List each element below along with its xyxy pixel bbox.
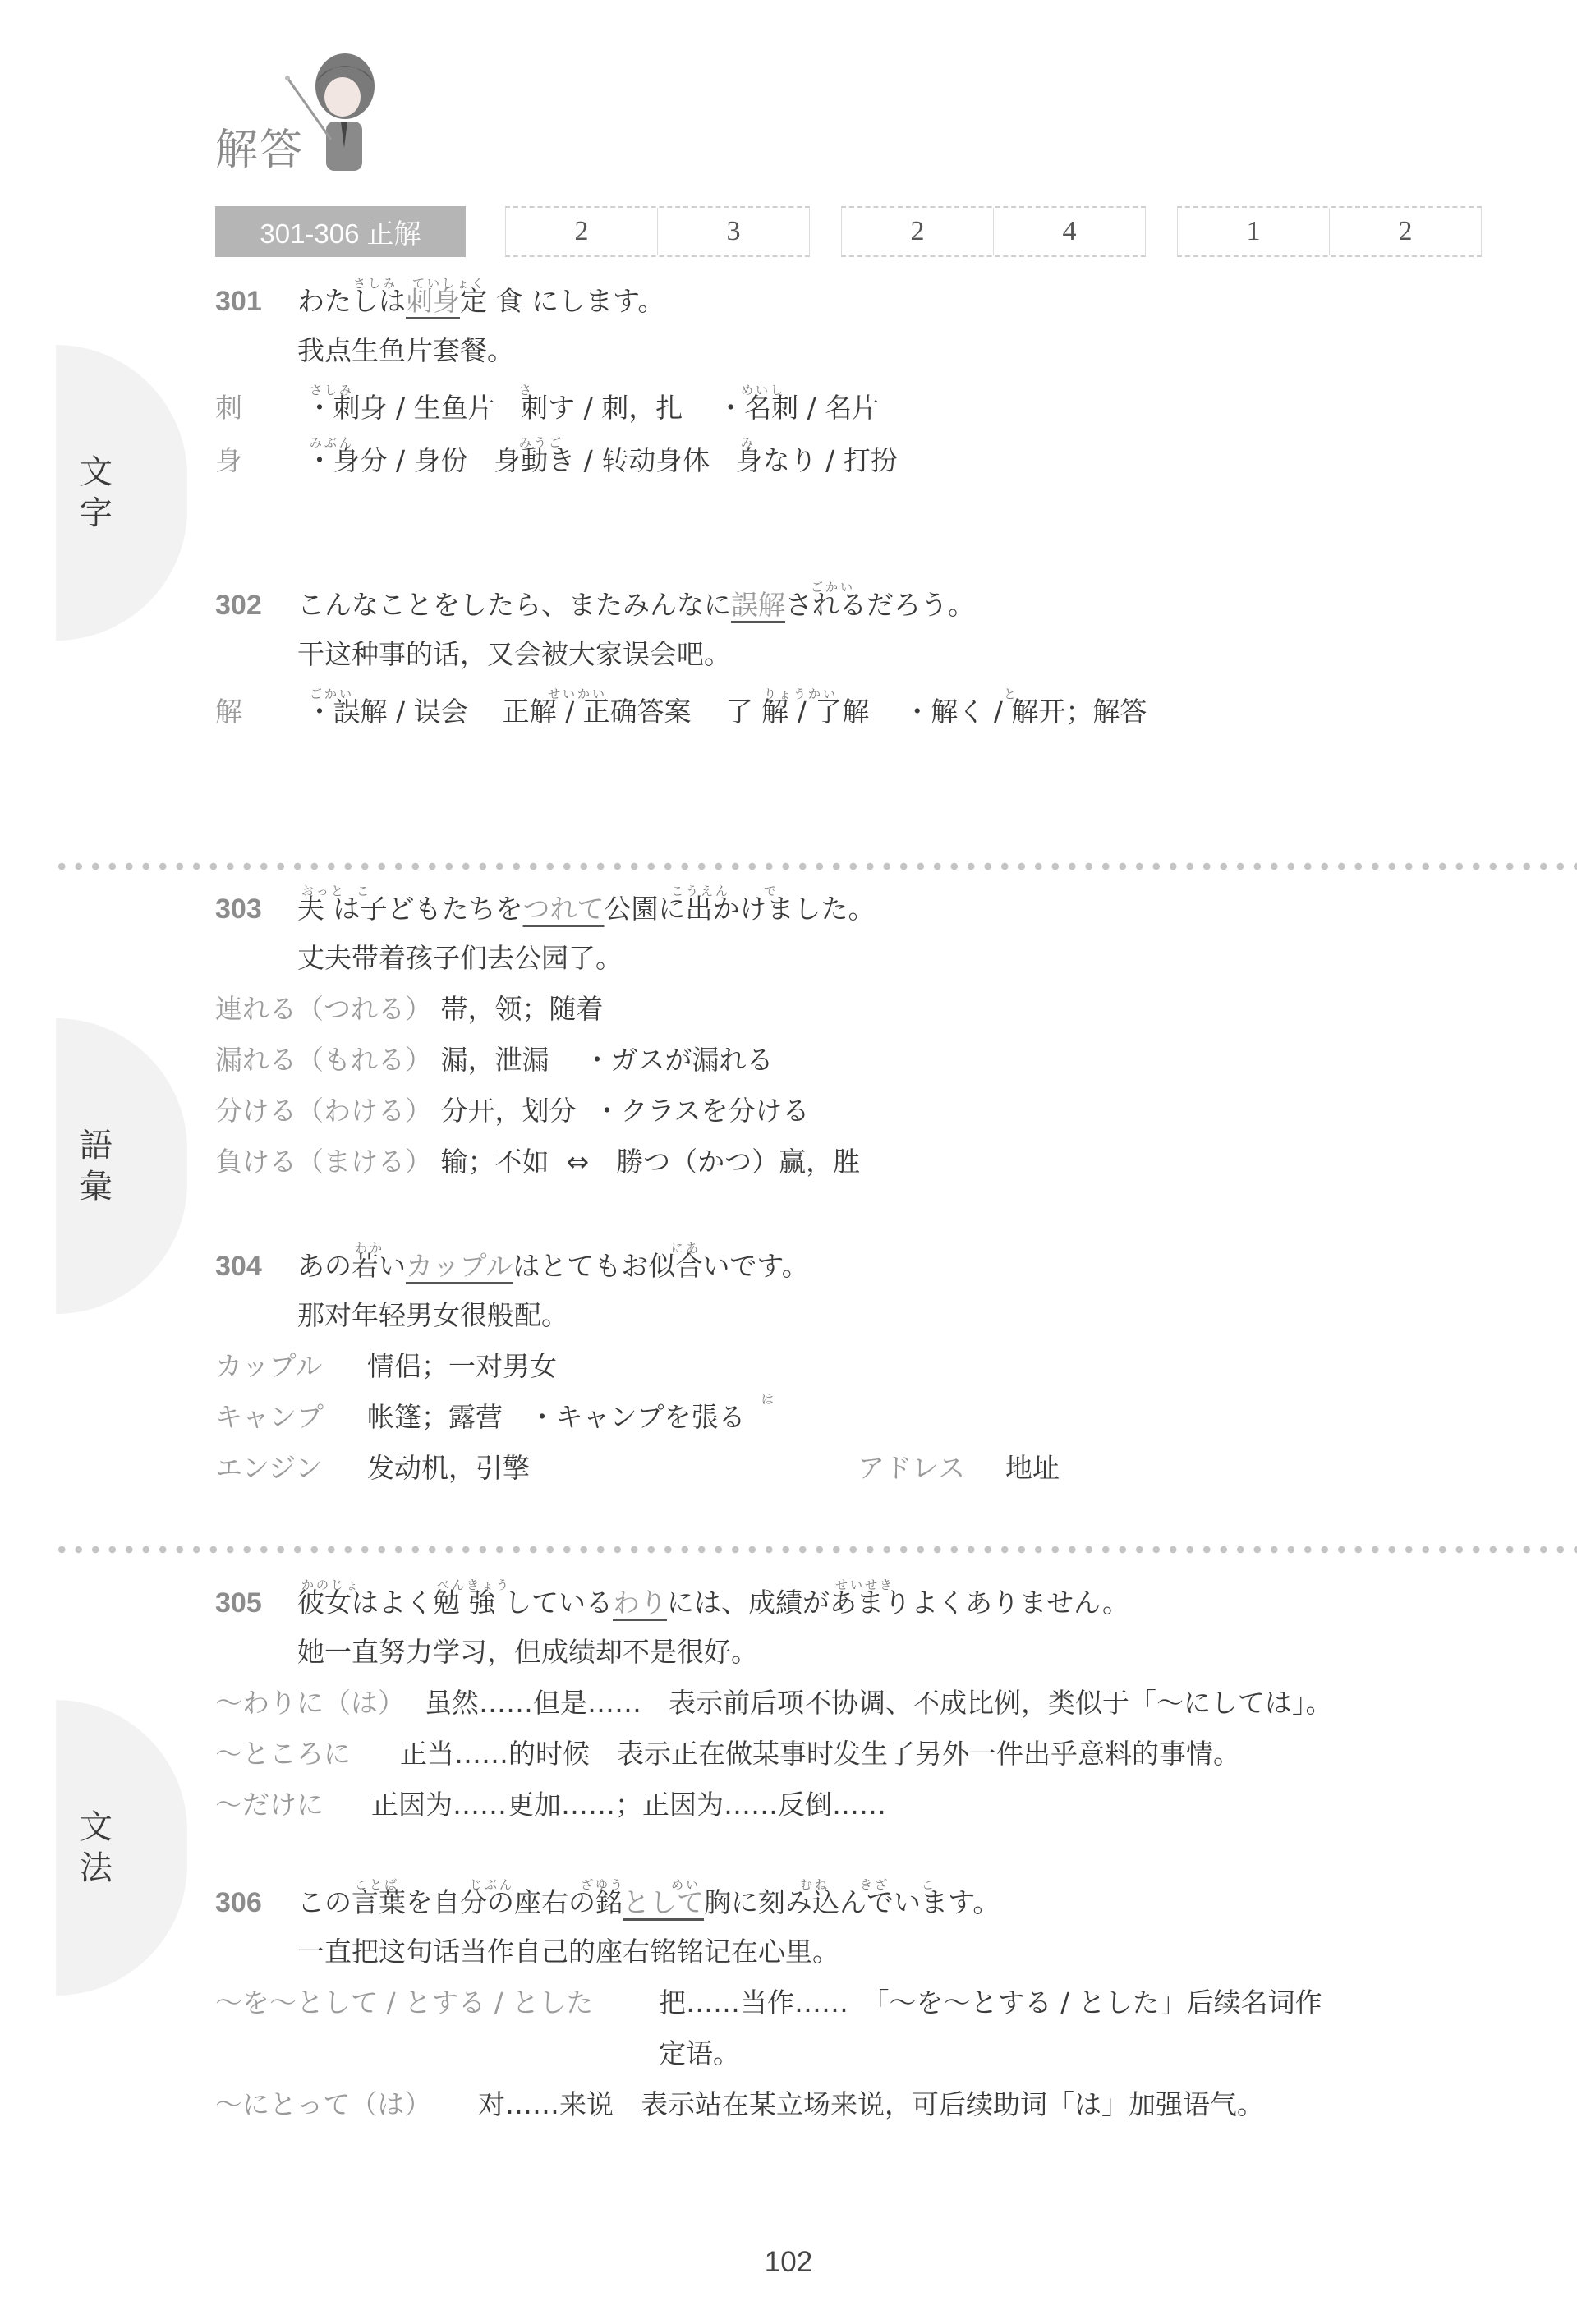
vocab-antonym: ⇔ 勝つ（かつ）赢，胜 <box>566 1146 860 1178</box>
furigana: むね <box>800 1867 830 1903</box>
furigana: かのじょ <box>301 1567 361 1603</box>
question-number: 304 <box>215 1248 297 1284</box>
question-sentence: さしみ ていしょく 301わたしは刺身定 食 にします。 <box>215 283 1495 319</box>
translation: 那对年轻男女很般配。 <box>215 1297 1495 1334</box>
sentence-post: 胸に刻み込んでいます。 <box>704 1886 1000 1918</box>
grammar-meaning-cont: 定语。 <box>659 2037 740 2069</box>
vocab-key: キャンプ <box>215 1399 367 1435</box>
furigana: さ <box>519 372 534 408</box>
furigana: ごかい <box>310 676 354 712</box>
section-tab-label: 文法 <box>76 1807 117 1889</box>
vocab-example: ・キャンプを張る <box>528 1401 745 1433</box>
question-sentence: わか にあ 304あの若いカップルはとてもお似合いです。 <box>215 1248 1495 1284</box>
furigana: さしみ <box>353 265 398 301</box>
question-sentence: かのじょ べんきょう せいせき 305彼女はよく勉 強 しているわりには、成績が… <box>215 1585 1495 1621</box>
answer-range-label: 301-306 正解 <box>215 206 466 257</box>
furigana: ざゆう <box>581 1867 625 1903</box>
answer-305: 1 <box>1178 208 1329 255</box>
translation: 干这种事的话，又会被大家误会吧。 <box>215 636 1495 673</box>
furigana: わか <box>355 1230 384 1266</box>
translation: 一直把这句话当作自己的座右铭铭记在心里。 <box>215 1934 1495 1970</box>
sentence-post: 公園に出かけました。 <box>605 893 876 925</box>
answer-302: 3 <box>657 208 809 255</box>
vocab-row: カップル情侣；一对男女 <box>215 1348 1495 1385</box>
furigana: せいせき <box>835 1567 894 1603</box>
question-number: 305 <box>215 1585 297 1621</box>
sentence-pre: この言葉を自分の座右の銘 <box>297 1886 623 1918</box>
vocab-key: 漏れる（もれる） <box>215 1042 432 1078</box>
note-item: ・解く / 解开；解答 <box>903 696 1147 728</box>
section-divider <box>53 1546 1577 1554</box>
sentence-post: には、成績があまりよくありません。 <box>667 1587 1129 1619</box>
vocab-row: エンジン发动机，引擎 アドレス地址 <box>215 1450 1495 1486</box>
target-word: 誤解 <box>731 589 785 621</box>
kanji-note-row: 身 みぶん・身分 / 身份 みうご身動き / 转动身体 み身なり / 打扮 <box>215 443 1495 479</box>
furigana: めい <box>671 1867 701 1903</box>
grammar-key: ～だけに <box>215 1787 371 1823</box>
question-301: さしみ ていしょく 301わたしは刺身定 食 にします。 我点生鱼片套餐。 刺 … <box>215 283 1495 479</box>
vocab-key: アドレス <box>857 1450 1005 1486</box>
vocab-meaning: 帐篷；露营 <box>367 1401 503 1433</box>
vocab-example: ・クラスを分ける <box>593 1095 809 1127</box>
vocab-row: 負ける（まける） 输；不如 ⇔ 勝つ（かつ）赢，胜 <box>215 1144 1495 1180</box>
question-number: 303 <box>215 891 297 927</box>
vocab-key: カップル <box>215 1348 367 1385</box>
vocab-meaning: 帯，领；随着 <box>441 993 604 1025</box>
sentence-post: はとてもお似合いです。 <box>513 1250 808 1282</box>
vocab-meaning: 分开，划分 <box>441 1095 577 1127</box>
furigana: ていしょく <box>412 265 486 301</box>
target-word: つれて <box>523 893 605 925</box>
vocab-row: 漏れる（もれる） 漏，泄漏 ・ガスが漏れる <box>215 1042 1495 1078</box>
kanji-note-row: 解 ごかい・誤解 / 误会 せいかい正解 / 正确答案 りょうかい了 解 / 了… <box>215 694 1495 730</box>
grammar-row: ～を～として / とする / とした把……当作…… 「～を～とする / とした」… <box>215 1985 1495 2021</box>
grammar-meaning: 虽然……但是…… 表示前后项不协调、不成比例，类似于「～にしては」。 <box>425 1687 1333 1719</box>
question-number: 302 <box>215 587 297 623</box>
furigana: じぶん <box>470 1867 514 1903</box>
grammar-meaning: 把……当作…… 「～を～とする / とした」后续名词作 <box>659 1986 1322 2019</box>
vocab-row: は キャンプ帐篷；露营 ・キャンプを張る <box>215 1399 1495 1435</box>
vocab-key: 分ける（わける） <box>215 1093 432 1129</box>
furigana: こ <box>356 873 371 909</box>
furigana: おっと <box>301 873 346 909</box>
question-304: わか にあ 304あの若いカップルはとてもお似合いです。 那对年轻男女很般配。 … <box>215 1248 1495 1486</box>
grammar-row: ～にとって（は）对……来说 表示站在某立场来说，可后续助词「は」加强语气。 <box>215 2087 1495 2123</box>
grammar-key: ～わりに（は） <box>215 1685 425 1721</box>
answer-group: 2 4 <box>841 206 1146 257</box>
furigana: こうえん <box>671 873 730 909</box>
note-item: 刺す / 刺，扎 <box>521 392 683 424</box>
kanji-key: 刺 <box>215 390 297 426</box>
translation: 她一直努力学习，但成绩却不是很好。 <box>215 1634 1495 1670</box>
vocab-meaning: 地址 <box>1005 1452 1060 1484</box>
furigana: ことば <box>355 1867 399 1903</box>
question-sentence: ことば じぶん ざゆう めい むね きざ こ 306この言葉を自分の座右の銘とし… <box>215 1885 1495 1921</box>
vocab-meaning: 发动机，引擎 <box>367 1452 530 1484</box>
question-303: おっと こ こうえん で 303夫 は子どもたちをつれて公園に出かけました。 丈… <box>215 891 1495 1180</box>
answer-group: 1 2 <box>1177 206 1482 257</box>
furigana: めいし <box>741 372 785 408</box>
kanji-key: 解 <box>215 694 297 730</box>
page-number: 102 <box>0 2246 1577 2279</box>
vocab-row: 連れる（つれる） 帯，领；随着 <box>215 991 1495 1027</box>
section-tab-goi: 語彙 <box>56 1018 187 1314</box>
question-302: ごかい 302こんなことをしたら、またみんなに誤解されるだろう。 干这种事的话，… <box>215 587 1495 730</box>
sentence-pre: あの若い <box>297 1250 406 1282</box>
kanji-note-row: 刺 さしみ・刺身 / 生鱼片 さ刺す / 刺，扎 めいし・名刺 / 名片 <box>215 390 1495 426</box>
section-tab-label: 文字 <box>76 452 117 534</box>
grammar-row: ～ところに正当……的时候 表示正在做某事时发生了另外一件出乎意料的事情。 <box>215 1736 1495 1772</box>
furigana: みうご <box>519 425 563 461</box>
answer-304: 4 <box>993 208 1145 255</box>
grammar-meaning: 对……来说 表示站在某立场来说，可后续助词「は」加强语气。 <box>478 2088 1264 2120</box>
answer-303: 2 <box>842 208 993 255</box>
vocab-meaning: 情侣；一对男女 <box>367 1350 557 1382</box>
question-sentence: おっと こ こうえん で 303夫 は子どもたちをつれて公園に出かけました。 <box>215 891 1495 927</box>
vocab-example: ・ガスが漏れる <box>583 1044 773 1076</box>
answer-301: 2 <box>506 208 657 255</box>
vocab-key: 負ける（まける） <box>215 1144 432 1180</box>
answer-bar: 301-306 正解 2 3 2 4 1 2 <box>215 205 1482 258</box>
furigana: べんきょう <box>437 1567 511 1603</box>
answer-306: 2 <box>1329 208 1481 255</box>
furigana: みぶん <box>310 425 354 461</box>
vocab-meaning: 输；不如 <box>441 1146 549 1178</box>
grammar-row: ～わりに（は）虽然……但是…… 表示前后项不协调、不成比例，类似于「～にしては」… <box>215 1685 1495 1721</box>
vocab-right: アドレス地址 <box>857 1450 1060 1486</box>
question-sentence: ごかい 302こんなことをしたら、またみんなに誤解されるだろう。 <box>215 587 1495 623</box>
furigana: きざ <box>860 1867 890 1903</box>
note-item: 身なり / 打扮 <box>736 444 898 476</box>
sentence-post: 定 食 にします。 <box>460 285 664 317</box>
furigana: にあ <box>671 1230 701 1266</box>
kanji-key: 身 <box>215 443 297 479</box>
furigana: こ <box>922 1867 936 1903</box>
furigana: と <box>1004 676 1018 712</box>
furigana: せいかい <box>548 676 607 712</box>
section-tab-moji: 文字 <box>56 345 187 641</box>
grammar-row: ～だけに正因为……更加……；正因为……反倒…… <box>215 1787 1495 1823</box>
question-305: かのじょ べんきょう せいせき 305彼女はよく勉 強 しているわりには、成績が… <box>215 1585 1495 1823</box>
question-number: 301 <box>215 283 297 319</box>
grammar-row-continued: 定语。 <box>215 2036 1495 2072</box>
target-word: わり <box>613 1587 667 1619</box>
grammar-key: ～を～として / とする / とした <box>215 1985 659 2021</box>
teacher-mascot-icon <box>283 49 398 181</box>
question-number: 306 <box>215 1885 297 1921</box>
furigana: み <box>741 425 756 461</box>
section-tab-bunpou: 文法 <box>56 1700 187 1996</box>
furigana: さしみ <box>310 372 354 408</box>
vocab-key: エンジン <box>215 1450 367 1486</box>
vocab-row: 分ける（わける） 分开，划分 ・クラスを分ける <box>215 1093 1495 1129</box>
translation: 我点生鱼片套餐。 <box>215 333 1495 369</box>
grammar-key: ～にとって（は） <box>215 2087 478 2123</box>
grammar-meaning: 正当……的时候 表示正在做某事时发生了另外一件出乎意料的事情。 <box>400 1738 1240 1770</box>
sentence-pre: こんなことをしたら、またみんなに <box>297 589 731 621</box>
vocab-key: 連れる（つれる） <box>215 991 432 1027</box>
vocab-meaning: 漏，泄漏 <box>441 1044 549 1076</box>
answer-group: 2 3 <box>505 206 810 257</box>
furigana: ごかい <box>811 569 855 605</box>
question-306: ことば じぶん ざゆう めい むね きざ こ 306この言葉を自分の座右の銘とし… <box>215 1885 1495 2123</box>
furigana: は <box>761 1381 776 1417</box>
section-divider <box>53 862 1577 870</box>
grammar-meaning: 正因为……更加……；正因为……反倒…… <box>371 1789 886 1821</box>
furigana: りょうかい <box>764 676 838 712</box>
target-word: カップル <box>406 1250 513 1282</box>
grammar-key: ～ところに <box>215 1736 400 1772</box>
translation: 丈夫带着孩子们去公园了。 <box>215 940 1495 976</box>
section-tab-label: 語彙 <box>76 1125 117 1207</box>
furigana: で <box>764 873 779 909</box>
